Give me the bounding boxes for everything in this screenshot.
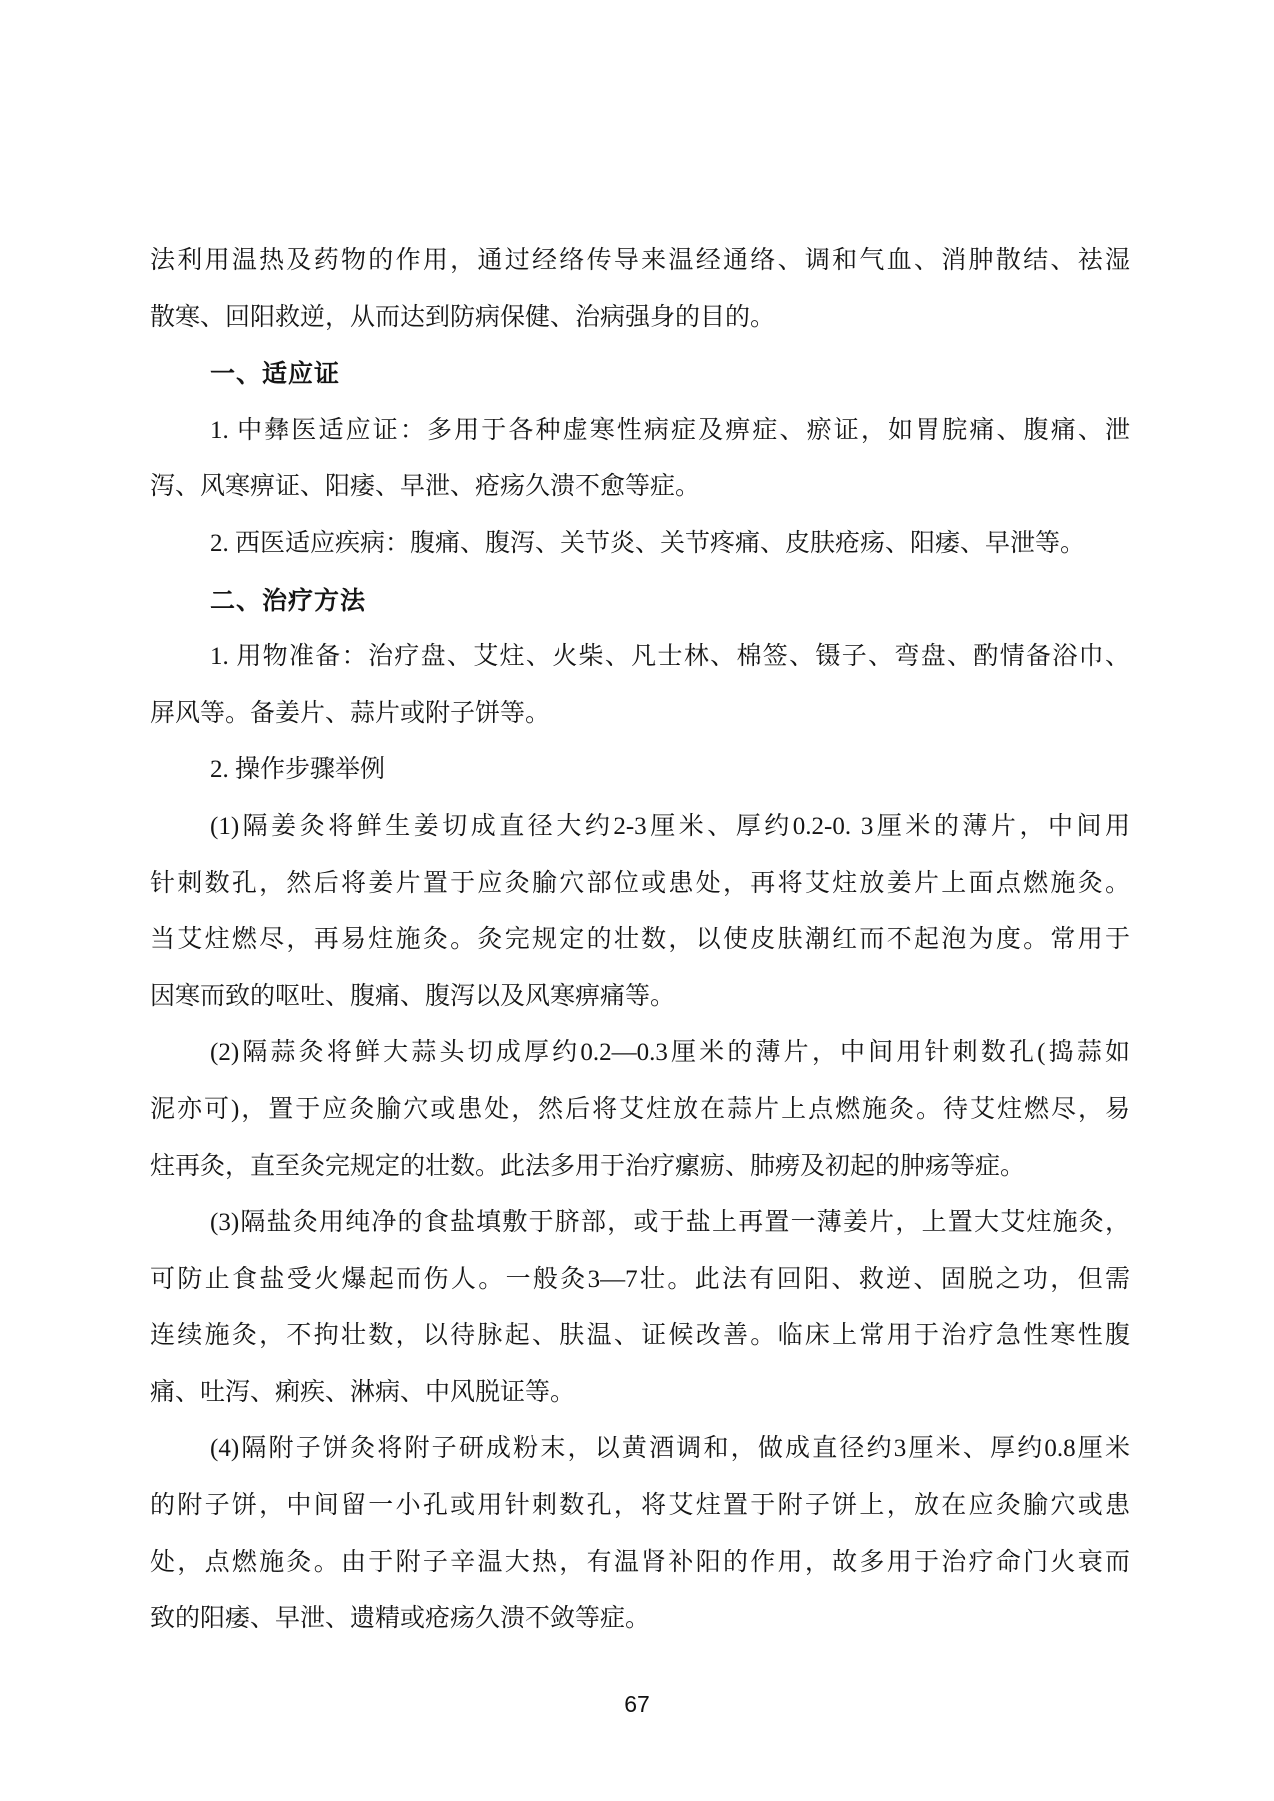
text-line: 的附子饼，中间留一小孔或用针刺数孔，将艾炷置于附子饼上，放在应灸腧穴或患: [150, 1478, 1130, 1535]
text-line: 针刺数孔，然后将姜片置于应灸腧穴部位或患处，再将艾炷放姜片上面点燃施灸。: [150, 856, 1130, 913]
text-line: (1)隔姜灸将鲜生姜切成直径大约2-3厘米、厚约0.2-0. 3厘米的薄片，中间…: [150, 799, 1130, 856]
text-line: 连续施灸，不拘壮数，以待脉起、肤温、证候改善。临床上常用于治疗急性寒性腹: [150, 1308, 1130, 1365]
text-line: 处，点燃施灸。由于附子辛温大热，有温肾补阳的作用，故多用于治疗命门火衰而: [150, 1535, 1130, 1592]
text-line: 2. 操作步骤举例: [150, 742, 1130, 799]
document-page: 法利用温热及药物的作用，通过经络传导来温经通络、调和气血、消肿散结、祛湿 散寒、…: [0, 0, 1274, 1801]
text-line: 痛、吐泻、痢疾、淋病、中风脱证等。: [150, 1365, 1130, 1422]
text-line: 法利用温热及药物的作用，通过经络传导来温经通络、调和气血、消肿散结、祛湿: [150, 233, 1130, 290]
text-line: 2. 西医适应疾病：腹痛、腹泻、关节炎、关节疼痛、皮肤疮疡、阳痿、早泄等。: [150, 516, 1130, 573]
text-line: 可防止食盐受火爆起而伤人。一般灸3—7壮。此法有回阳、救逆、固脱之功，但需: [150, 1252, 1130, 1309]
text-line: 炷再灸，直至灸完规定的壮数。此法多用于治疗瘰疬、肺痨及初起的肿疡等症。: [150, 1139, 1130, 1196]
text-line: 当艾炷燃尽，再易炷施灸。灸完规定的壮数，以使皮肤潮红而不起泡为度。常用于: [150, 912, 1130, 969]
text-line: 屏风等。备姜片、蒜片或附子饼等。: [150, 686, 1130, 743]
document-body: 法利用温热及药物的作用，通过经络传导来温经通络、调和气血、消肿散结、祛湿 散寒、…: [150, 233, 1130, 1648]
text-line: 泻、风寒痹证、阳痿、早泄、疮疡久溃不愈等症。: [150, 459, 1130, 516]
text-line: (3)隔盐灸用纯净的食盐填敷于脐部，或于盐上再置一薄姜片，上置大艾炷施灸，: [150, 1195, 1130, 1252]
text-line: 散寒、回阳救逆，从而达到防病保健、治病强身的目的。: [150, 290, 1130, 347]
section-heading: 二、治疗方法: [150, 573, 1130, 630]
page-number: 67: [0, 1690, 1274, 1718]
text-line: (2)隔蒜灸将鲜大蒜头切成厚约0.2—0.3厘米的薄片，中间用针刺数孔(捣蒜如: [150, 1025, 1130, 1082]
text-line: (4)隔附子饼灸将附子研成粉末，以黄酒调和，做成直径约3厘米、厚约0.8厘米: [150, 1421, 1130, 1478]
text-line: 因寒而致的呕吐、腹痛、腹泻以及风寒痹痛等。: [150, 969, 1130, 1026]
text-line: 泥亦可)，置于应灸腧穴或患处，然后将艾炷放在蒜片上点燃施灸。待艾炷燃尽，易: [150, 1082, 1130, 1139]
text-line: 致的阳痿、早泄、遗精或疮疡久溃不敛等症。: [150, 1591, 1130, 1648]
text-line: 1. 用物准备：治疗盘、艾炷、火柴、凡士林、棉签、镊子、弯盘、酌情备浴巾、: [150, 629, 1130, 686]
section-heading: 一、适应证: [150, 346, 1130, 403]
text-line: 1. 中彝医适应证：多用于各种虚寒性病症及痹症、瘀证，如胃脘痛、腹痛、泄: [150, 403, 1130, 460]
